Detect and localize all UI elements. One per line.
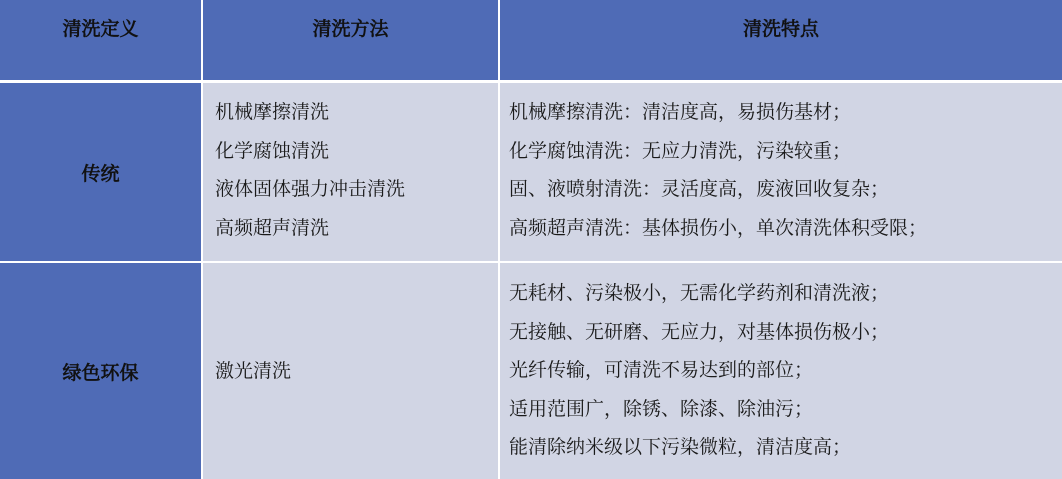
methods-green: 激光清洗 xyxy=(203,263,498,479)
feature-item: 光纤传输，可清洗不易达到的部位； xyxy=(509,351,1062,390)
category-green: 绿色环保 xyxy=(0,263,201,479)
category-traditional: 传统 xyxy=(0,83,201,261)
header-features: 清洗特点 xyxy=(500,0,1062,80)
header-definition: 清洗定义 xyxy=(0,0,201,80)
header-method: 清洗方法 xyxy=(203,0,498,80)
features-green: 无耗材、污染极小，无需化学药剂和清洗液； 无接触、无研磨、无应力，对基体损伤极小… xyxy=(500,263,1062,479)
feature-item: 适用范围广，除锈、除漆、除油污； xyxy=(509,390,1062,429)
method-item: 液体固体强力冲击清洗 xyxy=(215,170,498,209)
header-features-label: 清洗特点 xyxy=(743,14,819,41)
cleaning-comparison-table: 清洗定义 清洗方法 清洗特点 传统 机械摩擦清洗 化学腐蚀清洗 液体固体强力冲击… xyxy=(0,0,1062,479)
method-item: 高频超声清洗 xyxy=(215,209,498,248)
feature-item: 固、液喷射清洗：灵活度高，废液回收复杂； xyxy=(509,170,1062,209)
feature-item: 能清除纳米级以下污染微粒，清洁度高； xyxy=(509,428,1062,467)
method-item: 化学腐蚀清洗 xyxy=(215,132,498,171)
header-definition-label: 清洗定义 xyxy=(62,14,138,41)
feature-item: 化学腐蚀清洗：无应力清洗，污染较重； xyxy=(509,132,1062,171)
feature-item: 高频超声清洗：基体损伤小，单次清洗体积受限； xyxy=(509,209,1062,248)
feature-item: 无耗材、污染极小，无需化学药剂和清洗液； xyxy=(509,274,1062,313)
method-item: 激光清洗 xyxy=(215,352,291,391)
feature-item: 无接触、无研磨、无应力，对基体损伤极小； xyxy=(509,313,1062,352)
method-item: 机械摩擦清洗 xyxy=(215,93,498,132)
feature-item: 机械摩擦清洗：清洁度高，易损伤基材； xyxy=(509,93,1062,132)
methods-traditional: 机械摩擦清洗 化学腐蚀清洗 液体固体强力冲击清洗 高频超声清洗 xyxy=(203,83,498,261)
header-method-label: 清洗方法 xyxy=(312,14,388,41)
category-label: 绿色环保 xyxy=(62,358,138,385)
features-traditional: 机械摩擦清洗：清洁度高，易损伤基材； 化学腐蚀清洗：无应力清洗，污染较重； 固、… xyxy=(500,83,1062,261)
category-label: 传统 xyxy=(81,159,119,186)
